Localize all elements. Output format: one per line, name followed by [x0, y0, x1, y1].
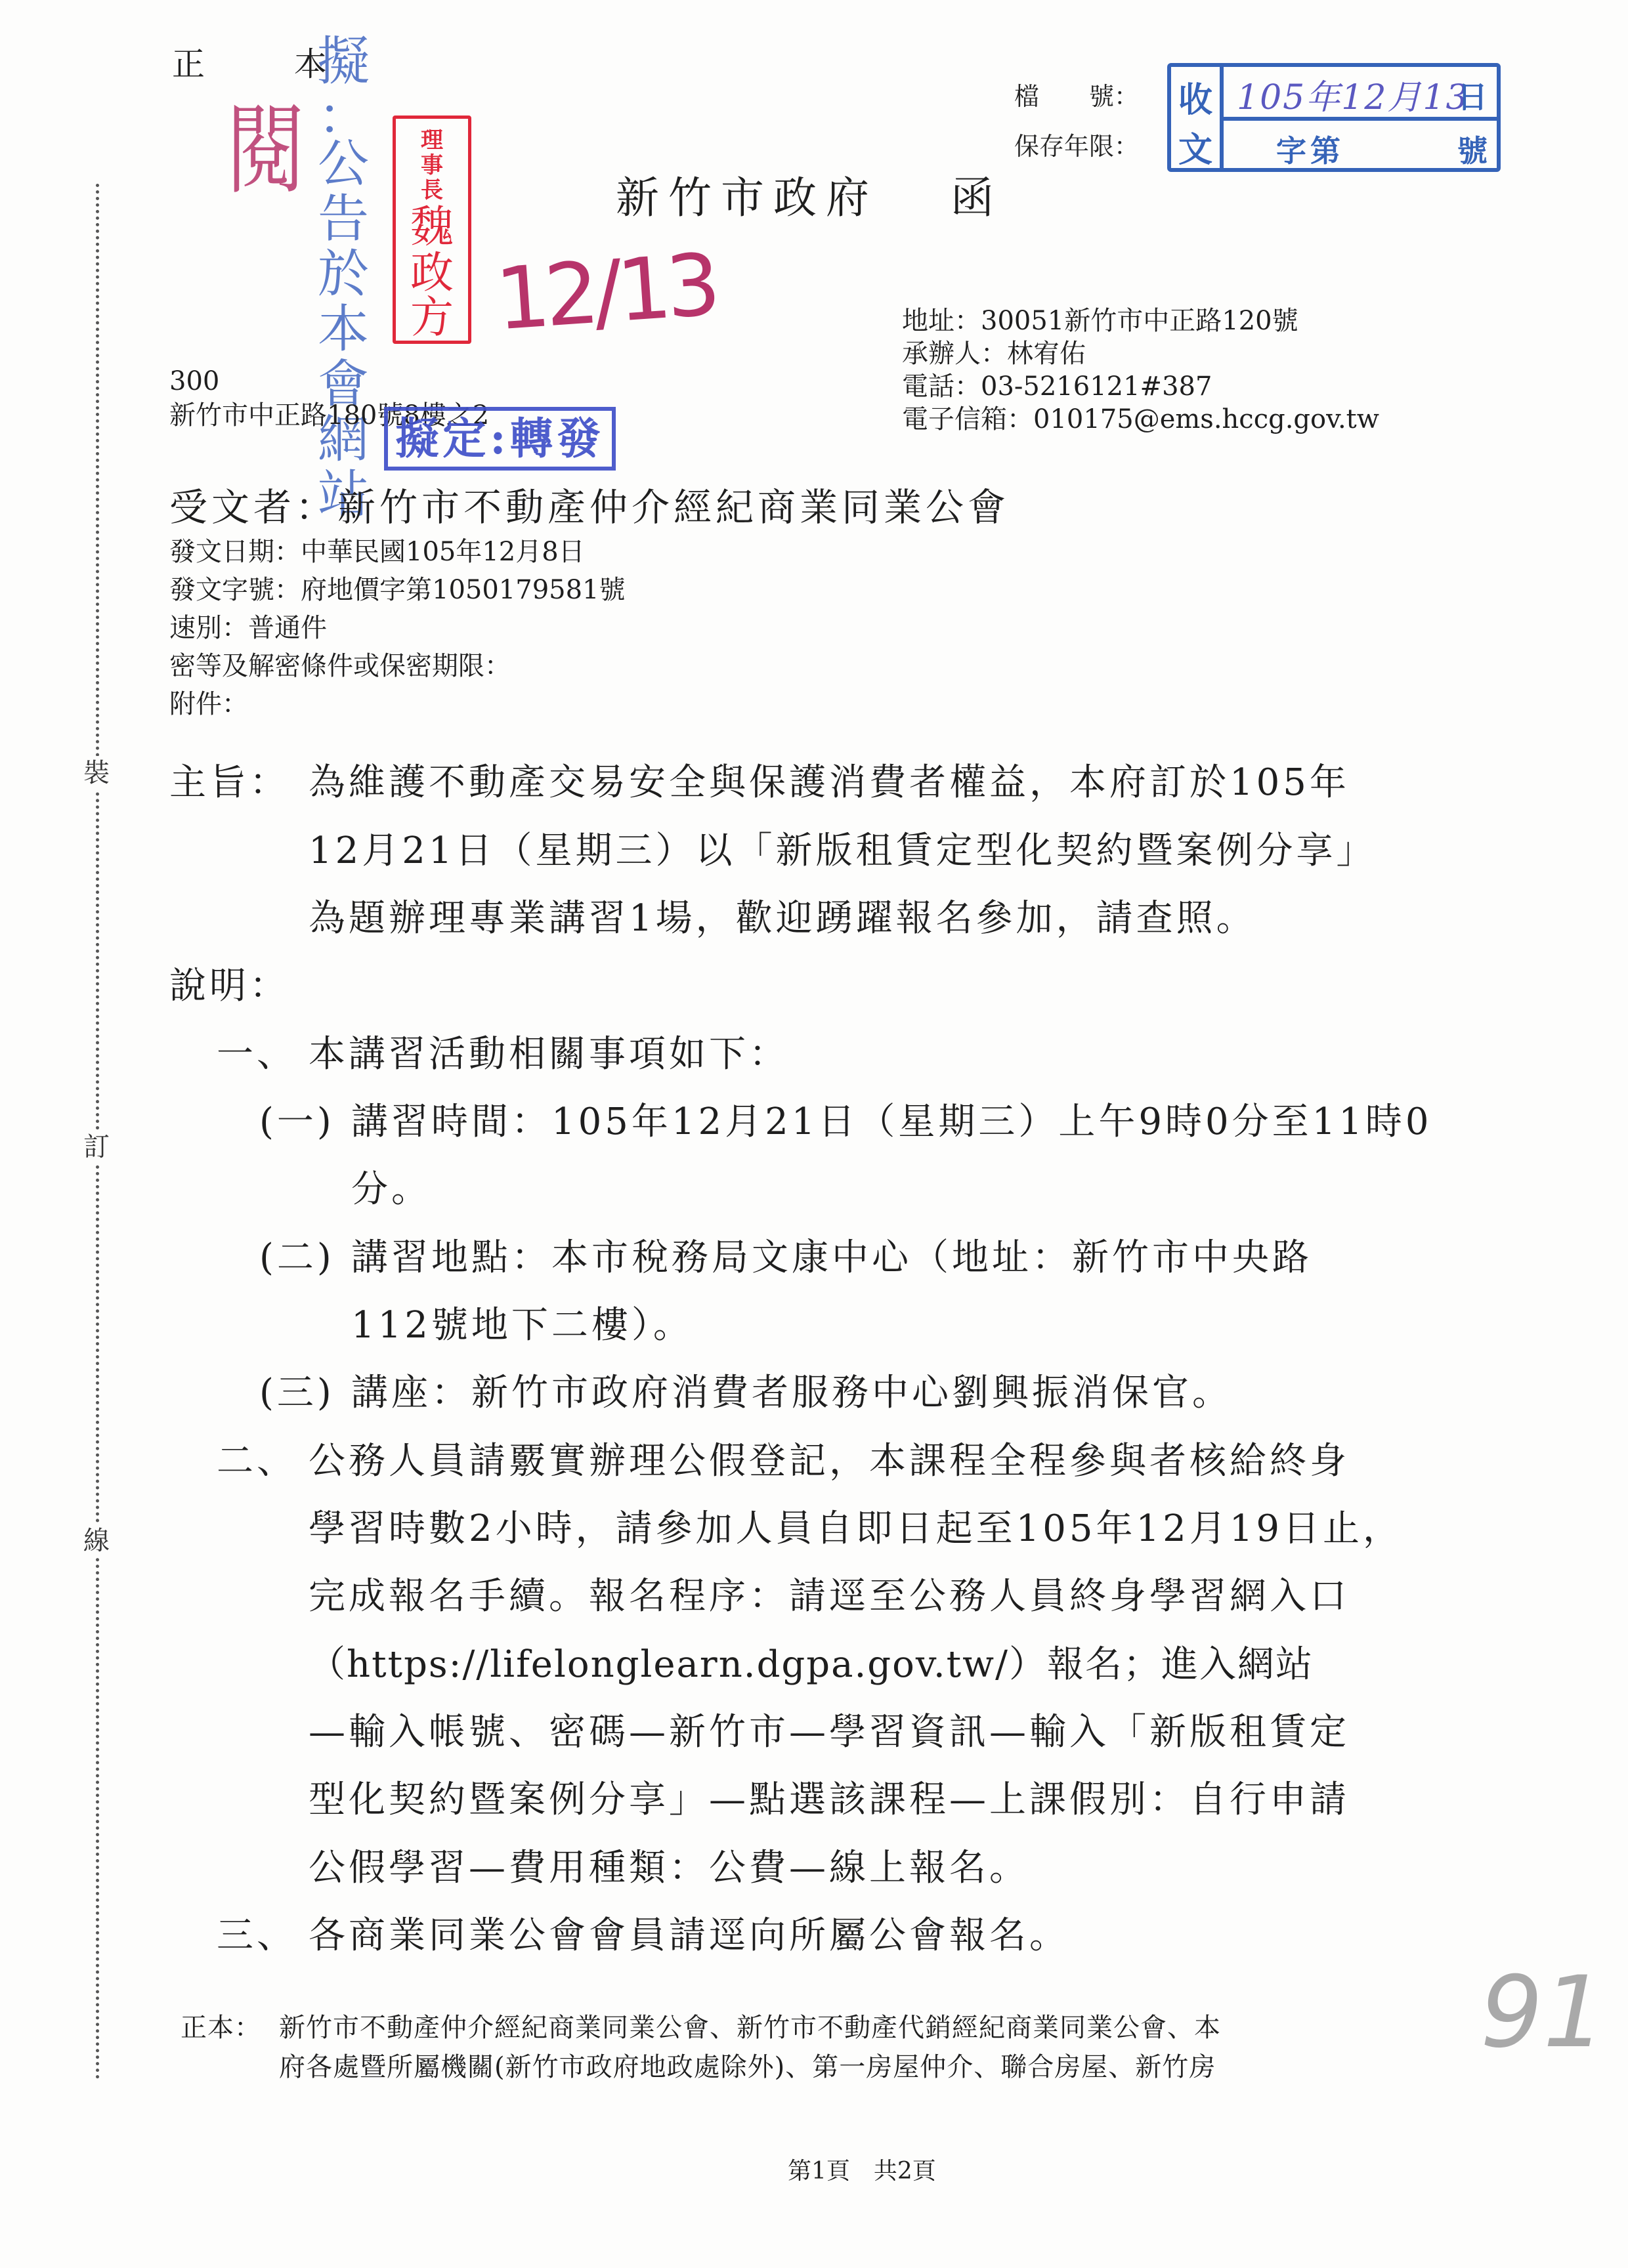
received-stamp: 收 文 105年12月13 日 字第 號: [1167, 63, 1501, 172]
distribution-line: 府各處暨所屬機關(新竹市政府地政處除外)、第一房屋仲介、聯合房屋、新竹房: [279, 2046, 1216, 2084]
document-title: 新竹市政府函: [616, 163, 1003, 225]
seal-char: 理: [396, 128, 468, 153]
binding-mark-zhuang: 裝: [81, 756, 112, 790]
received-day-label: 日: [1457, 73, 1488, 117]
stamp-char: 告: [314, 192, 373, 247]
item-line: 公務人員請覈實辦理公假登記，本課程全程參與者核給終身: [309, 1432, 1350, 1484]
subitem-line: 講習時間：105年12月21日（星期三）上午9時0分至11時0: [351, 1093, 1432, 1145]
received-stamp-shou: 收: [1171, 72, 1220, 121]
subitem-marker: (二): [259, 1228, 335, 1281]
retention-label: 保存年限：: [1014, 126, 1139, 162]
document-number: 發文字號：府地價字第1050179581號: [169, 571, 626, 609]
subitem-marker: (三): [259, 1364, 335, 1416]
item-line-url: （https://lifelonglearn.dgpa.gov.tw/）報名；進…: [309, 1635, 1314, 1688]
delivery-speed: 速別：普通件: [169, 609, 626, 647]
item-line: 學習時數2小時，請參加人員自即日起至105年12月19日止，: [309, 1500, 1403, 1552]
stamp-char: 本: [314, 302, 373, 357]
item-line: 公假學習—費用種類：公費—線上報名。: [309, 1839, 1029, 1891]
contact-email: 電子信箱：010175@ems.hccg.gov.tw: [902, 403, 1379, 436]
forward-stamp: 擬定:轉發: [384, 407, 616, 471]
contact-block: 地址：30051新竹市中正路120號 承辦人：林宥佑 電話：03-5216121…: [902, 304, 1379, 436]
page-indicator: 第1頁 共2頁: [788, 2152, 936, 2186]
seal-char: 方: [396, 295, 468, 341]
binding-mark-xian: 線: [81, 1524, 112, 1558]
item-marker: 二、: [217, 1432, 297, 1484]
contact-phone: 電話：03-5216121#387: [902, 370, 1379, 403]
seal-char: 政: [396, 250, 468, 296]
recipient-name: 新竹市不動產仲介經紀商業同業公會: [337, 485, 1010, 530]
handwritten-date: 12/13: [492, 236, 718, 349]
subject-line: 為維護不動產交易安全與保護消費者權益，本府訂於105年: [309, 753, 1350, 806]
attachments: 附件：: [169, 685, 626, 723]
file-number-label: 檔 號：: [1014, 76, 1139, 112]
distribution-label: 正本：: [181, 2007, 261, 2044]
item-line: 完成報名手續。報名程序：請逕至公務人員終身學習網入口: [309, 1567, 1350, 1620]
postal-code: 300: [169, 364, 489, 398]
issuing-org: 新竹市政府: [616, 173, 878, 223]
subitem-line: 講習地點：本市稅務局文康中心（地址：新竹市中央路: [351, 1228, 1312, 1281]
item-marker: 三、: [217, 1906, 297, 1959]
stamp-char: 於: [314, 247, 373, 302]
binding-mark-ding: 訂: [81, 1130, 112, 1164]
seal-char: 事: [396, 153, 468, 178]
contact-handler: 承辦人：林宥佑: [902, 337, 1379, 370]
contact-address: 地址：30051新竹市中正路120號: [902, 304, 1379, 337]
document-type: 函: [951, 173, 1003, 223]
subitem-line: 講座：新竹市政府消費者服務中心劉興振消保官。: [351, 1364, 1232, 1416]
item-line: 本講習活動相關事項如下：: [309, 1025, 789, 1078]
subitem-line: 分。: [351, 1160, 431, 1213]
stamp-char: 公: [314, 136, 373, 192]
item-marker: 一、: [217, 1025, 297, 1078]
received-hao-label: 號: [1457, 127, 1488, 171]
received-zi-label: 字第: [1276, 127, 1344, 171]
pencil-page-number: 91: [1480, 1956, 1606, 2070]
seal-char: 魏: [396, 204, 468, 250]
item-line: 各商業同業公會會員請逕向所屬公會報名。: [309, 1906, 1069, 1959]
subject-label: 主旨：: [169, 753, 289, 806]
meta-block: 發文日期：中華民國105年12月8日 發文字號：府地價字第1050179581號…: [169, 533, 626, 723]
explanation-label: 說明：: [169, 957, 289, 1009]
received-stamp-column: 收 文: [1171, 67, 1224, 168]
blue-vertical-stamp: 擬 ： 公 告 於 本 會 網 站: [314, 26, 373, 522]
subitem-marker: (一): [259, 1093, 335, 1145]
recipient-line: 受文者：新竹市不動產仲介經紀商業同業公會: [169, 476, 1010, 532]
issue-date: 發文日期：中華民國105年12月8日: [169, 533, 626, 571]
item-line: —輸入帳號、密碼—新竹市—學習資訊—輸入「新版租賃定: [309, 1703, 1350, 1755]
recipient-label: 受文者：: [169, 485, 337, 530]
received-date-handwritten: 105年12月13: [1237, 70, 1469, 119]
stamp-char: 擬: [314, 26, 373, 97]
distribution-line: 新竹市不動產仲介經紀商業同業公會、新竹市不動產代銷經紀商業同業公會、本: [279, 2007, 1221, 2044]
subject-line: 12月21日（星期三）以「新版租賃定型化契約暨案例分享」: [309, 822, 1377, 874]
item-line: 型化契約暨案例分享」—點選該課程—上課假別：自行申請: [309, 1771, 1350, 1823]
secrecy-level: 密等及解密條件或保密期限：: [169, 647, 626, 685]
subitem-line: 112號地下二樓）。: [351, 1296, 693, 1349]
chairman-seal-stamp: 理 事 長 魏 政 方: [393, 115, 471, 344]
seal-char: 長: [396, 178, 468, 203]
handwritten-read-mark: 閱: [226, 92, 305, 210]
subject-line: 為題辦理專業講習1場，歡迎踴躍報名參加，請查照。: [309, 889, 1256, 942]
received-stamp-wen: 文: [1171, 122, 1220, 171]
stamp-char: ：: [314, 97, 373, 136]
